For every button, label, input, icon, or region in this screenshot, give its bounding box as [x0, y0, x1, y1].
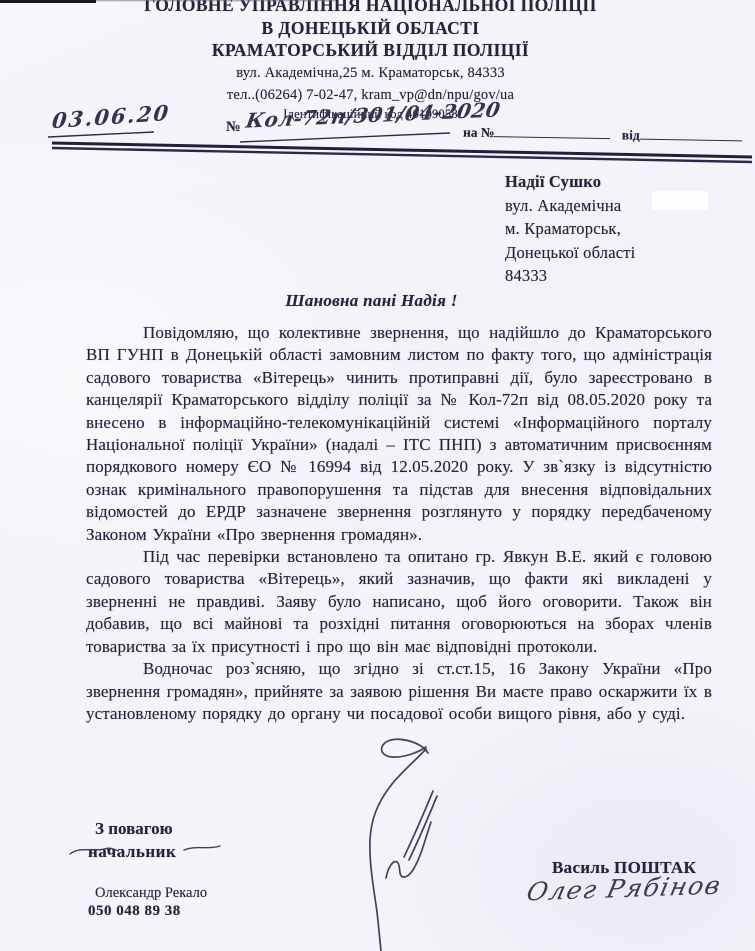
- from-label: від: [622, 127, 640, 142]
- recipient-street: вул. Академічна: [505, 194, 635, 218]
- scanned-letter-page: ГОЛОВНЕ УПРАВЛІННЯ НАЦІОНАЛЬНОЇ ПОЛІЦІЇ …: [0, 0, 755, 951]
- header-rule-bottom: [52, 148, 752, 162]
- redaction-box: [652, 191, 708, 210]
- recipient-block: Надії Сушко вул. Академічна м. Краматорс…: [505, 170, 635, 288]
- in-reply-label: на №: [463, 125, 495, 141]
- number-underline: [240, 133, 450, 142]
- recipient-region: Донецької області: [505, 241, 635, 265]
- pen-stroke: [370, 739, 437, 951]
- org-address: вул. Академічна,25 м. Краматорськ, 84333: [0, 62, 741, 84]
- org-name-line1: ГОЛОВНЕ УПРАВЛІННЯ НАЦІОНАЛЬНОЇ ПОЛІЦІЇ: [0, 0, 741, 17]
- letter-body: Повідомляю, що колективне звернення, що …: [86, 322, 712, 725]
- handwritten-signature: Олег Рябінов: [524, 871, 724, 907]
- org-name-line2: В ДОНЕЦЬКІЙ ОБЛАСТІ: [0, 17, 741, 40]
- from-blank-line: [640, 128, 742, 142]
- closing-regards: З повагою: [95, 819, 173, 839]
- executor-phone: 050 048 89 38: [88, 903, 181, 920]
- paragraph-inquiry-findings: Під час перевірки встановлено та опитано…: [86, 546, 712, 658]
- recipient-city: м. Краматорськ,: [505, 217, 635, 241]
- header-rule-top: [52, 143, 752, 157]
- paragraph-appeal-rights: Водночас роз`ясняю, що згідно зі ст.ст.1…: [86, 658, 712, 725]
- paragraph-registration: Повідомляю, що колективне звернення, що …: [86, 322, 712, 546]
- in-reply-reference-row: на № від: [463, 125, 742, 146]
- recipient-zip: 84333: [505, 264, 635, 288]
- recipient-name: Надії Сушко: [505, 170, 635, 194]
- org-name-line3: КРАМАТОРСЬКИЙ ВІДДІЛ ПОЛІЦІЇ: [0, 39, 741, 62]
- salutation: Шановна пані Надія !: [0, 291, 743, 311]
- in-reply-blank-line: [494, 125, 610, 139]
- number-label: №: [226, 119, 241, 136]
- executor-name: Олександр Рекало: [95, 885, 207, 902]
- date-underline: [48, 132, 154, 137]
- signer-position: начальник: [88, 842, 176, 862]
